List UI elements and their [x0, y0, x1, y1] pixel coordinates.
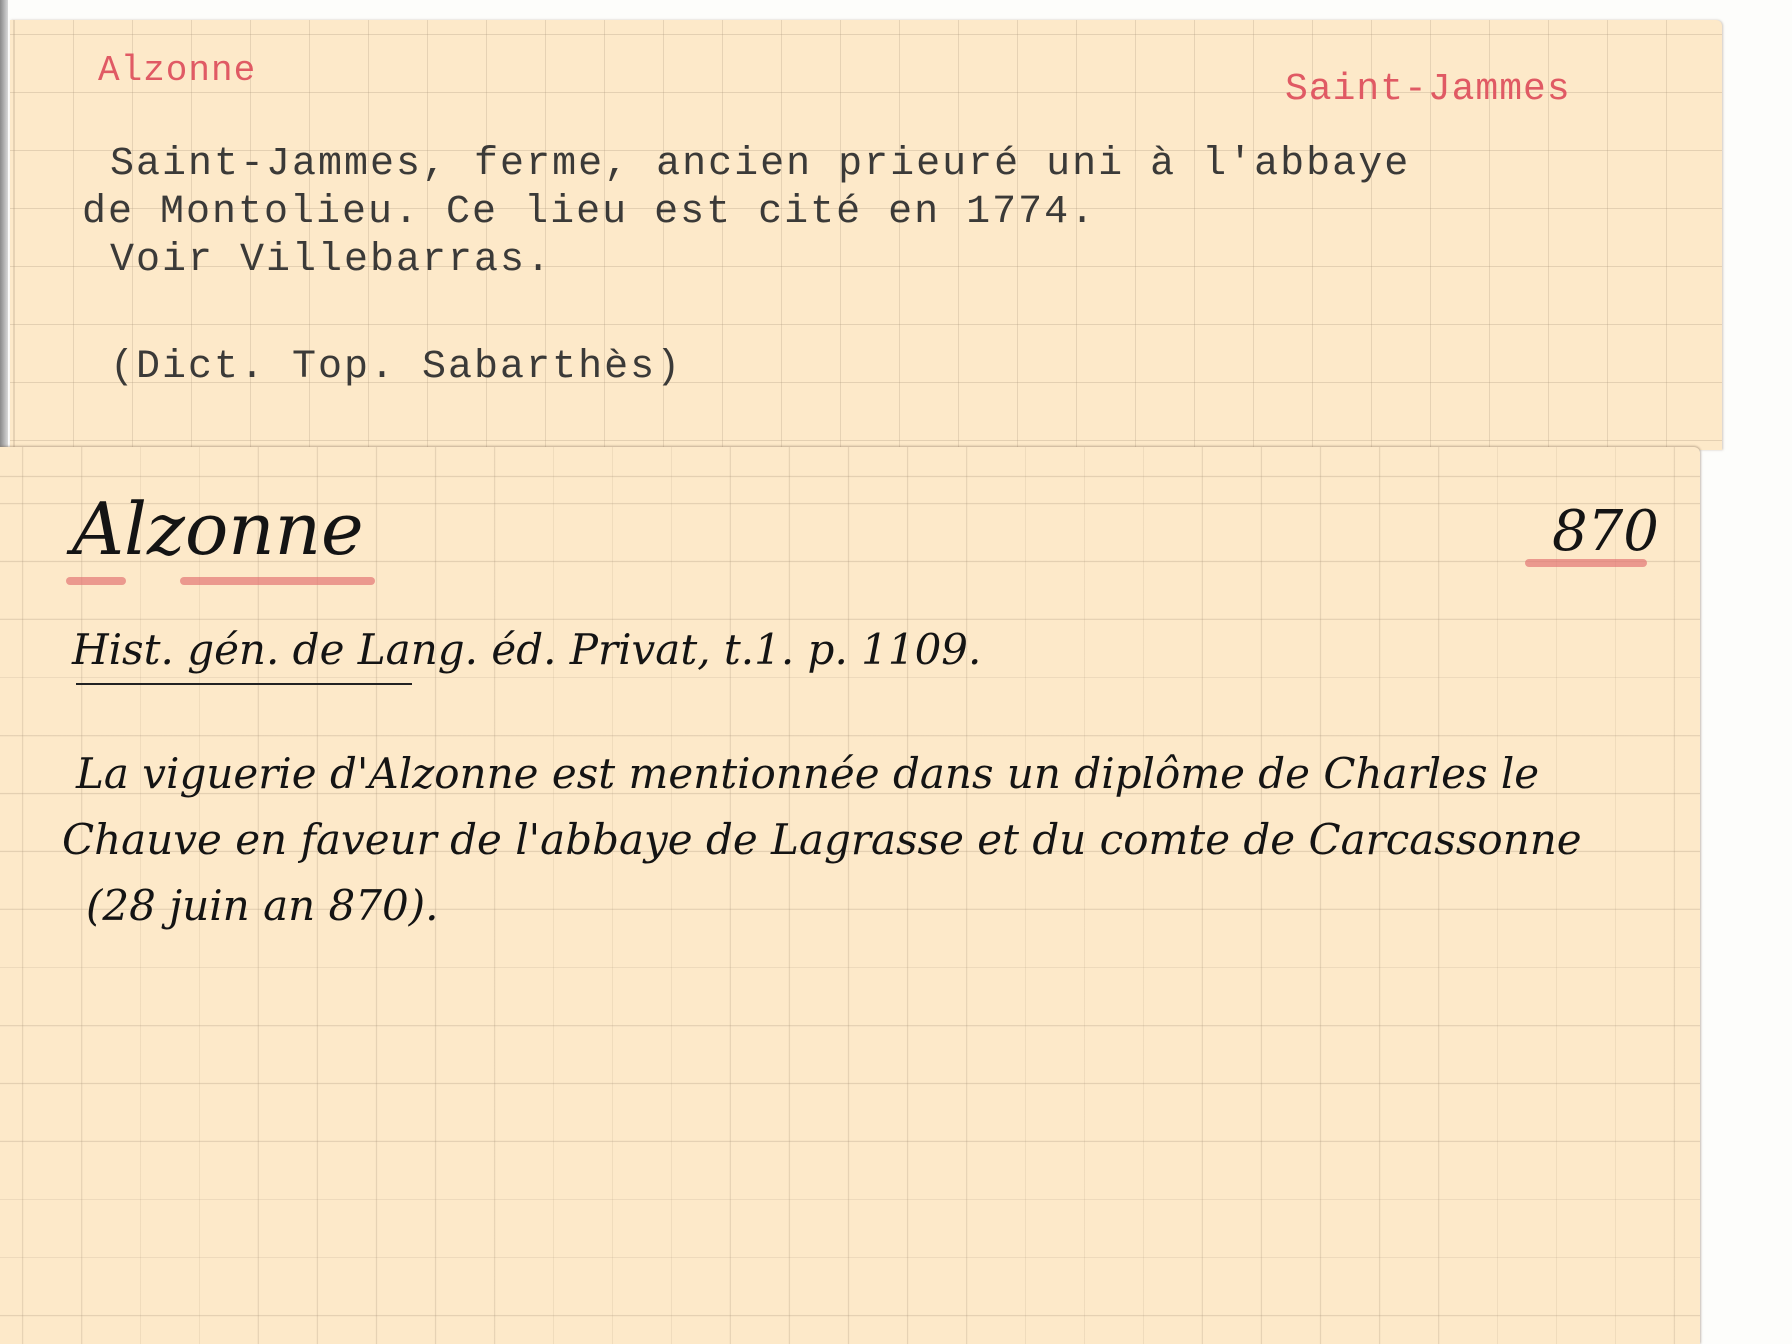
card-heading-subject: Saint-Jammes [1285, 68, 1571, 111]
handwritten-index-card: Alzonne 870 Hist. gén. de Lang. éd. Priv… [0, 447, 1700, 1344]
card-text-line-3: Voir Villebarras. [110, 238, 552, 283]
card-citation: Hist. gén. de Lang. éd. Privat, t.1. p. … [72, 625, 981, 674]
scanner-edge [0, 0, 8, 450]
typed-index-card: Alzonne Saint-Jammes Saint-Jammes, ferme… [10, 20, 1722, 450]
card-source: (Dict. Top. Sabarthès) [110, 345, 682, 390]
card-body-line-3: (28 juin an 870). [86, 881, 438, 930]
card-title: Alzonne [72, 487, 364, 571]
card-text-line-1: Saint-Jammes, ferme, ancien prieuré uni … [110, 142, 1410, 187]
citation-underline-title [120, 683, 412, 685]
card-body-line-2: Chauve en faveur de l'abbaye de Lagrasse… [62, 815, 1582, 864]
title-red-underline-right [180, 577, 375, 585]
card-year: 870 [1552, 499, 1659, 564]
year-red-underline [1525, 559, 1647, 567]
card-text-line-2: de Montolieu. Ce lieu est cité en 1774. [82, 190, 1096, 235]
title-red-underline-left [66, 577, 126, 585]
card-body-line-1: La viguerie d'Alzonne est mentionnée dan… [76, 749, 1539, 798]
card-heading-place: Alzonne [98, 50, 256, 91]
